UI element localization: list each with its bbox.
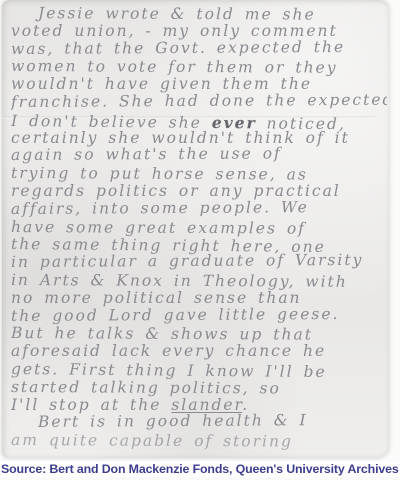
letter-line-text: voted union, - my only comment (11, 22, 338, 40)
letter-line-text: no more political sense than (11, 289, 302, 307)
letter-line-text: Bert is in good health & I (38, 412, 308, 432)
letter-line: franchise. She had done the expected (11, 92, 387, 112)
letter-line-text: have some great examples of (11, 218, 306, 238)
letter-line: trying to put horse sense, as (11, 165, 387, 185)
letter-line-text: in particular a graduate of Varsity (11, 251, 363, 271)
letter-line-text: aforesaid lack every chance he (11, 342, 326, 360)
letter-line-text: I'll stop at the (11, 396, 171, 414)
letter-line-text: started talking politics, so (11, 378, 281, 397)
letter-line: I don't believe she ever noticed, (11, 112, 387, 133)
letter-line: again so what's the use of (11, 145, 387, 165)
letter-text: Jessie wrote & told me shevoted union, -… (11, 5, 387, 458)
letter-line: women to vote for them or they (11, 58, 387, 78)
letter-line: affairs, into some people. We (11, 198, 387, 218)
source-caption: Source: Bert and Don Mackenzie Fonds, Qu… (1, 461, 400, 477)
letter-line-text: trying to put horse sense, as (11, 164, 308, 184)
letter-line: in Arts & Knox in Theology, with (11, 272, 387, 292)
letter-line: But he talks & shows up that (11, 325, 387, 345)
letter-line-text: again so what's the use of (11, 145, 282, 165)
letter-line-text: women to vote for them or they (11, 57, 338, 77)
letter-line-text: But he talks & shows up that (11, 324, 313, 344)
letter-line: Bert is in good health & I (11, 412, 387, 432)
letter-line-text: regards politics or any practical (11, 182, 341, 200)
emphasized-word: ever (212, 113, 257, 132)
letter-line-text: in Arts & Knox in Theology, with (11, 271, 348, 291)
letter-line-text: am quite capable of storing (11, 431, 293, 450)
letter-line-text: I don't believe she (11, 112, 212, 132)
letter-line: the good Lord gave little geese. (11, 305, 387, 325)
letter-line-text: was, that the Govt. expected the (11, 38, 345, 58)
letter-line-text: affairs, into some people. We (11, 198, 309, 218)
letter-line: in particular a graduate of Varsity (11, 252, 387, 272)
letter-line: Jessie wrote & told me she (11, 5, 387, 25)
letter-line: started talking politics, so (11, 379, 387, 399)
scanned-letter-view: Jessie wrote & told me shevoted union, -… (0, 0, 400, 480)
letter-paper: Jessie wrote & told me shevoted union, -… (2, 0, 389, 458)
letter-line-text: noticed, (257, 114, 346, 133)
letter-line: was, that the Govt. expected the (11, 38, 387, 58)
letter-line: aforesaid lack every chance he (11, 343, 387, 361)
letter-line-text: franchise. She had done the expected (11, 91, 387, 111)
letter-line-text: Jessie wrote & told me she (38, 5, 316, 24)
letter-line: am quite capable of storing (11, 432, 387, 452)
letter-line-text: the good Lord gave little geese. (11, 305, 339, 325)
